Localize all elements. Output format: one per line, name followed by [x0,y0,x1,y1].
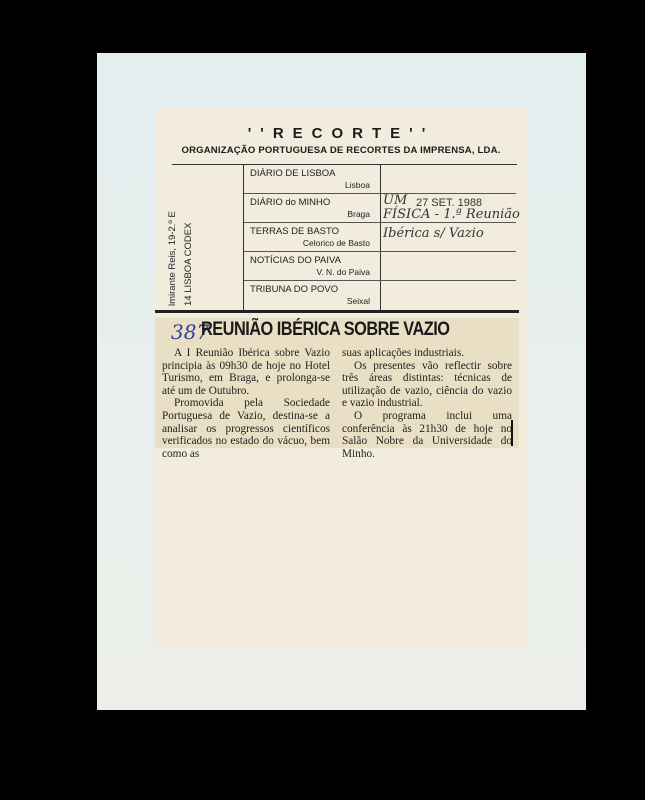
paragraph: O programa inclui uma conferência às 21h… [342,410,512,460]
publication-row: NOTÍCIAS DO PAIVA V. N. do Paiva [244,252,374,281]
publication-city: Lisboa [345,180,370,190]
publication-city: Celorico de Basto [303,238,370,248]
publication-city: V. N. do Paiva [316,267,370,277]
handwritten-subject: FÍSICA - 1.ª Reunião [383,207,520,222]
publication-row: DIÁRIO DE LISBOA Lisboa [244,165,374,194]
paragraph: suas aplicações industriais. [342,347,512,360]
handwritten-code: UM [383,193,407,208]
publication-row: DIÁRIO do MINHO Braga [244,194,374,223]
article-column-2: suas aplicações industriais. Os presente… [342,347,512,460]
handwritten-topic: Ibérica s/ Vazio [383,226,484,241]
publication-city: Seixal [347,296,370,306]
address-line-2: 14 LISBOA CODEX [183,223,194,306]
publication-row: TERRAS DE BASTO Celorico de Basto [244,223,374,252]
publication-city: Braga [347,209,370,219]
article-column-1: A I Reunião Ibérica sobre Vazio principi… [162,347,330,460]
agency-title: ''RECORTE'' [155,125,527,142]
publication-name: DIÁRIO do MINHO [250,197,330,208]
agency-address: lmirante Reis, 19-2.º E 14 LISBOA CODEX [155,170,235,310]
clipping-cut-mark [511,420,513,446]
agency-subtitle: ORGANIZAÇÃO PORTUGUESA DE RECORTES DA IM… [155,145,527,156]
table-divider-right [380,165,381,311]
paragraph: Promovida pela Sociedade Portuguesa de V… [162,397,330,460]
publication-name: TRIBUNA DO POVO [250,284,338,295]
publication-name: TERRAS DE BASTO [250,226,339,237]
article-headline: REUNIÃO IBÉRICA SOBRE VAZIO [201,319,449,341]
paragraph: A I Reunião Ibérica sobre Vazio principi… [162,347,330,397]
publication-row: TRIBUNA DO POVO Seixal [244,281,374,310]
publication-name: DIÁRIO DE LISBOA [250,168,336,179]
paragraph: Os presentes vão reflectir sobre três ár… [342,360,512,410]
address-line-1: lmirante Reis, 19-2.º E [167,211,178,306]
form-bottom-rule [155,310,519,313]
publication-name: NOTÍCIAS DO PAIVA [250,255,341,266]
